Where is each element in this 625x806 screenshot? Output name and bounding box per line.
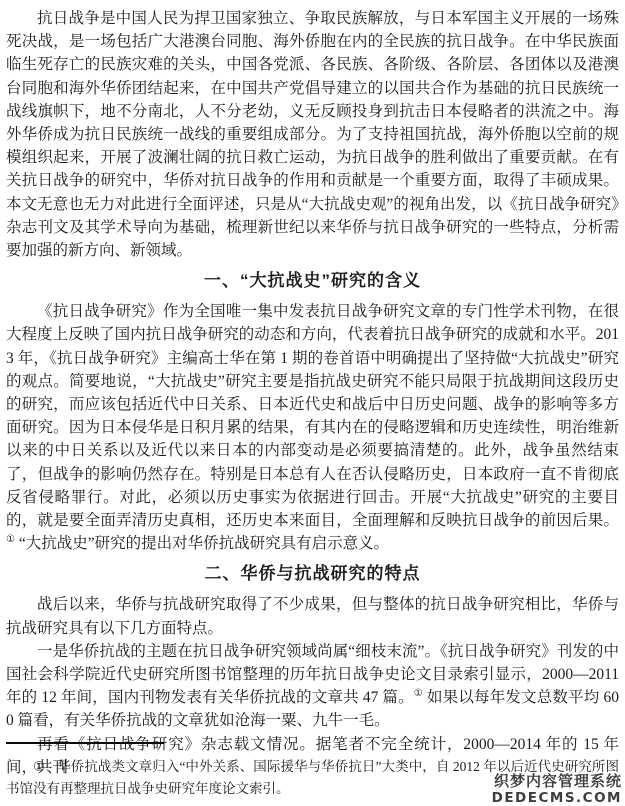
footnote-ref-1: ① xyxy=(6,534,15,545)
section1-heading: 一、“大抗战史”研究的含义 xyxy=(6,270,619,292)
intro-paragraph: 抗日战争是中国人民为捍卫国家独立、争取民族解放，与日本军国主义开展的一场殊死决战… xyxy=(6,7,619,262)
footnote-ref-2: ① xyxy=(414,688,423,699)
dedecms-watermark: 织梦内容管理系统 DEDECMS.COM xyxy=(492,773,622,806)
section2-paragraph-2: 一是华侨抗战的主题在抗日战争研究领域尚属“细枝末流”。《抗日战争研究》刊发的中国… xyxy=(6,640,619,733)
section1-text-after-note: “大抗战史”研究的提出对华侨抗战研究具有启示意义。 xyxy=(15,535,389,552)
section1-text-before-note: 《抗日战争研究》作为全国唯一集中发表抗日战争研究文章的专门性学术刊物，在很大程度… xyxy=(6,303,619,529)
section1-paragraph: 《抗日战争研究》作为全国唯一集中发表抗日战争研究文章的专门性学术刊物，在很大程度… xyxy=(6,300,619,555)
paper-page: 抗日战争是中国人民为捍卫国家独立、争取民族解放，与日本军国主义开展的一场殊死决战… xyxy=(0,0,625,806)
footnote-separator-rule xyxy=(6,742,164,744)
footnote-marker: ① xyxy=(33,759,45,774)
section2-paragraph-1: 战后以来，华侨与抗战研究取得了不少成果，但与整体的抗日战争研究相比，华侨与抗战研… xyxy=(6,593,619,639)
page-content: 抗日战争是中国人民为捍卫国家独立、争取民族解放，与日本军国主义开展的一场殊死决战… xyxy=(0,0,625,779)
watermark-domain-line: DEDECMS.COM xyxy=(492,790,622,806)
section2-heading: 二、华侨与抗战研究的特点 xyxy=(6,563,619,585)
watermark-chinese-line: 织梦内容管理系统 xyxy=(492,773,622,790)
